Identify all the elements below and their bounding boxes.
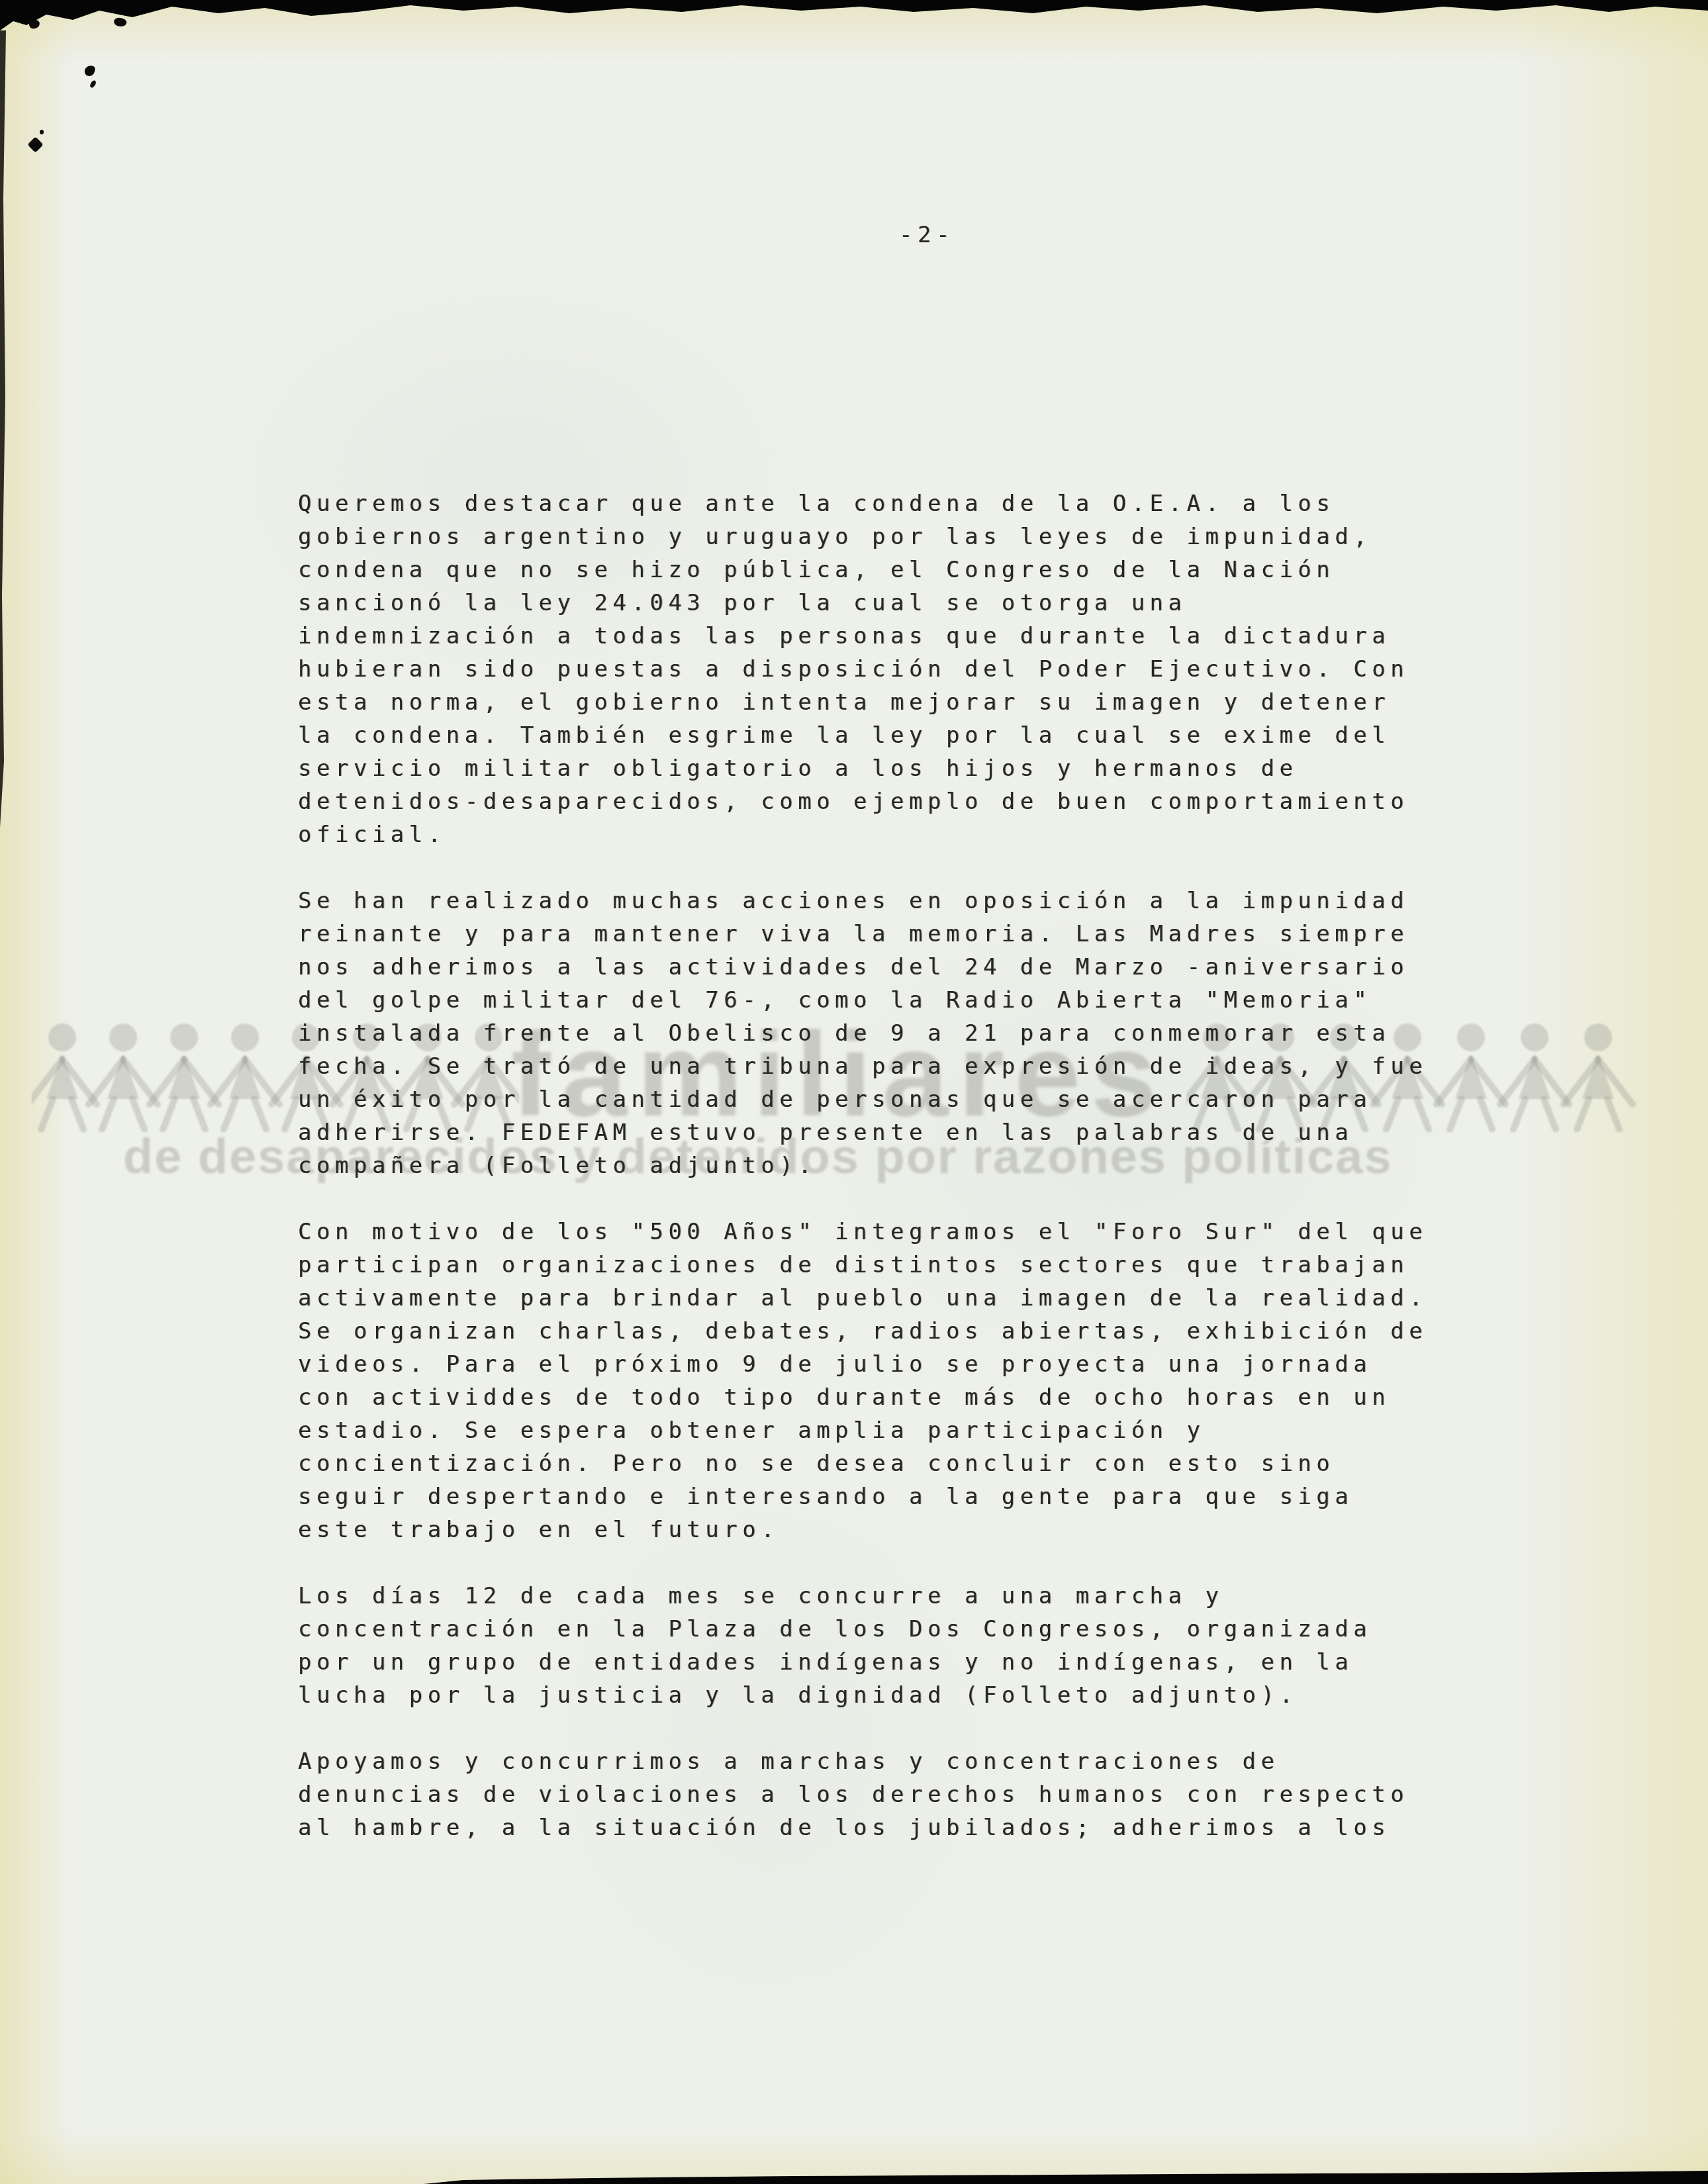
scan-edge-left: [0, 30, 6, 828]
text-line: videos. Para el próximo 9 de julio se pr…: [298, 1348, 1427, 1381]
text-line: seguir despertando e interesando a la ge…: [298, 1480, 1427, 1513]
scan-speck: [27, 136, 43, 152]
text-line: instalada frente al Obelisco de 9 a 21 p…: [298, 1017, 1427, 1050]
text-line: gobiernos argentino y uruguayo por las l…: [298, 520, 1427, 553]
scan-speck: [113, 17, 128, 28]
text-line: con actividdes de todo tipo durante más …: [298, 1381, 1427, 1414]
text-line: denuncias de violaciones a los derechos …: [298, 1778, 1427, 1811]
page-number: -2-: [899, 218, 955, 252]
text-line: un éxito por la cantidad de personas que…: [298, 1083, 1427, 1116]
text-line: condena que no se hizo pública, el Congr…: [298, 553, 1427, 587]
text-line: hubieran sido puestas a disposición del …: [298, 653, 1427, 686]
text-line: lucha por la justicia y la dignidad (Fol…: [298, 1679, 1427, 1712]
text-line: concentración en la Plaza de los Dos Con…: [298, 1613, 1427, 1646]
text-line: por un grupo de entidades indígenas y no…: [298, 1646, 1427, 1679]
text-line: Con motivo de los "500 Años" integramos …: [298, 1215, 1427, 1249]
text-line: al hambre, a la situación de los jubilad…: [298, 1811, 1427, 1844]
text-line: activamente para brindar al pueblo una i…: [298, 1282, 1427, 1315]
scan-edge-bottom: [424, 2171, 1708, 2184]
scan-speck: [28, 19, 40, 30]
paragraph: Con motivo de los "500 Años" integramos …: [298, 1215, 1427, 1546]
text-line: Se organizan charlas, debates, radios ab…: [298, 1315, 1427, 1348]
text-line: Los días 12 de cada mes se concurre a un…: [298, 1580, 1427, 1613]
document-body: Queremos destacar que ante la condena de…: [298, 487, 1427, 1877]
text-line: oficial.: [298, 818, 1427, 851]
text-line: del golpe militar del 76-, como la Radio…: [298, 984, 1427, 1017]
paragraph: Queremos destacar que ante la condena de…: [298, 487, 1427, 851]
scan-speck: [40, 130, 44, 134]
text-line: adherirse. FEDEFAM estuvo presente en la…: [298, 1116, 1427, 1149]
text-line: servicio militar obligatorio a los hijos…: [298, 752, 1427, 785]
text-line: indemnización a todas las personas que d…: [298, 620, 1427, 653]
text-line: esta norma, el gobierno intenta mejorar …: [298, 686, 1427, 719]
scanned-page: familiares de desaparecidos y detenidos …: [0, 0, 1708, 2184]
paragraph: Se han realizado muchas acciones en opos…: [298, 884, 1427, 1182]
text-line: Queremos destacar que ante la condena de…: [298, 487, 1427, 520]
text-line: Se han realizado muchas acciones en opos…: [298, 884, 1427, 918]
text-line: concientización. Pero no se desea conclu…: [298, 1447, 1427, 1480]
text-line: estadio. Se espera obtener amplia partic…: [298, 1414, 1427, 1447]
text-line: Apoyamos y concurrimos a marchas y conce…: [298, 1745, 1427, 1778]
text-line: la condena. También esgrime la ley por l…: [298, 719, 1427, 752]
paragraph: Apoyamos y concurrimos a marchas y conce…: [298, 1745, 1427, 1844]
text-line: reinante y para mantener viva la memoria…: [298, 918, 1427, 951]
scan-speck: [84, 65, 96, 77]
text-line: este trabajo en el futuro.: [298, 1513, 1427, 1546]
scan-edge-top: [0, 0, 1708, 30]
text-line: fecha. Se trató de una tribuna para expr…: [298, 1050, 1427, 1083]
scan-speck: [89, 79, 97, 89]
text-line: nos adherimos a las actividades del 24 d…: [298, 951, 1427, 984]
text-line: participan organizaciones de distintos s…: [298, 1249, 1427, 1282]
paragraph: Los días 12 de cada mes se concurre a un…: [298, 1580, 1427, 1712]
text-line: sancionó la ley 24.043 por la cual se ot…: [298, 587, 1427, 620]
text-line: detenidos-desaparecidos, como ejemplo de…: [298, 785, 1427, 818]
text-line: compañera (Folleto adjunto).: [298, 1149, 1427, 1182]
